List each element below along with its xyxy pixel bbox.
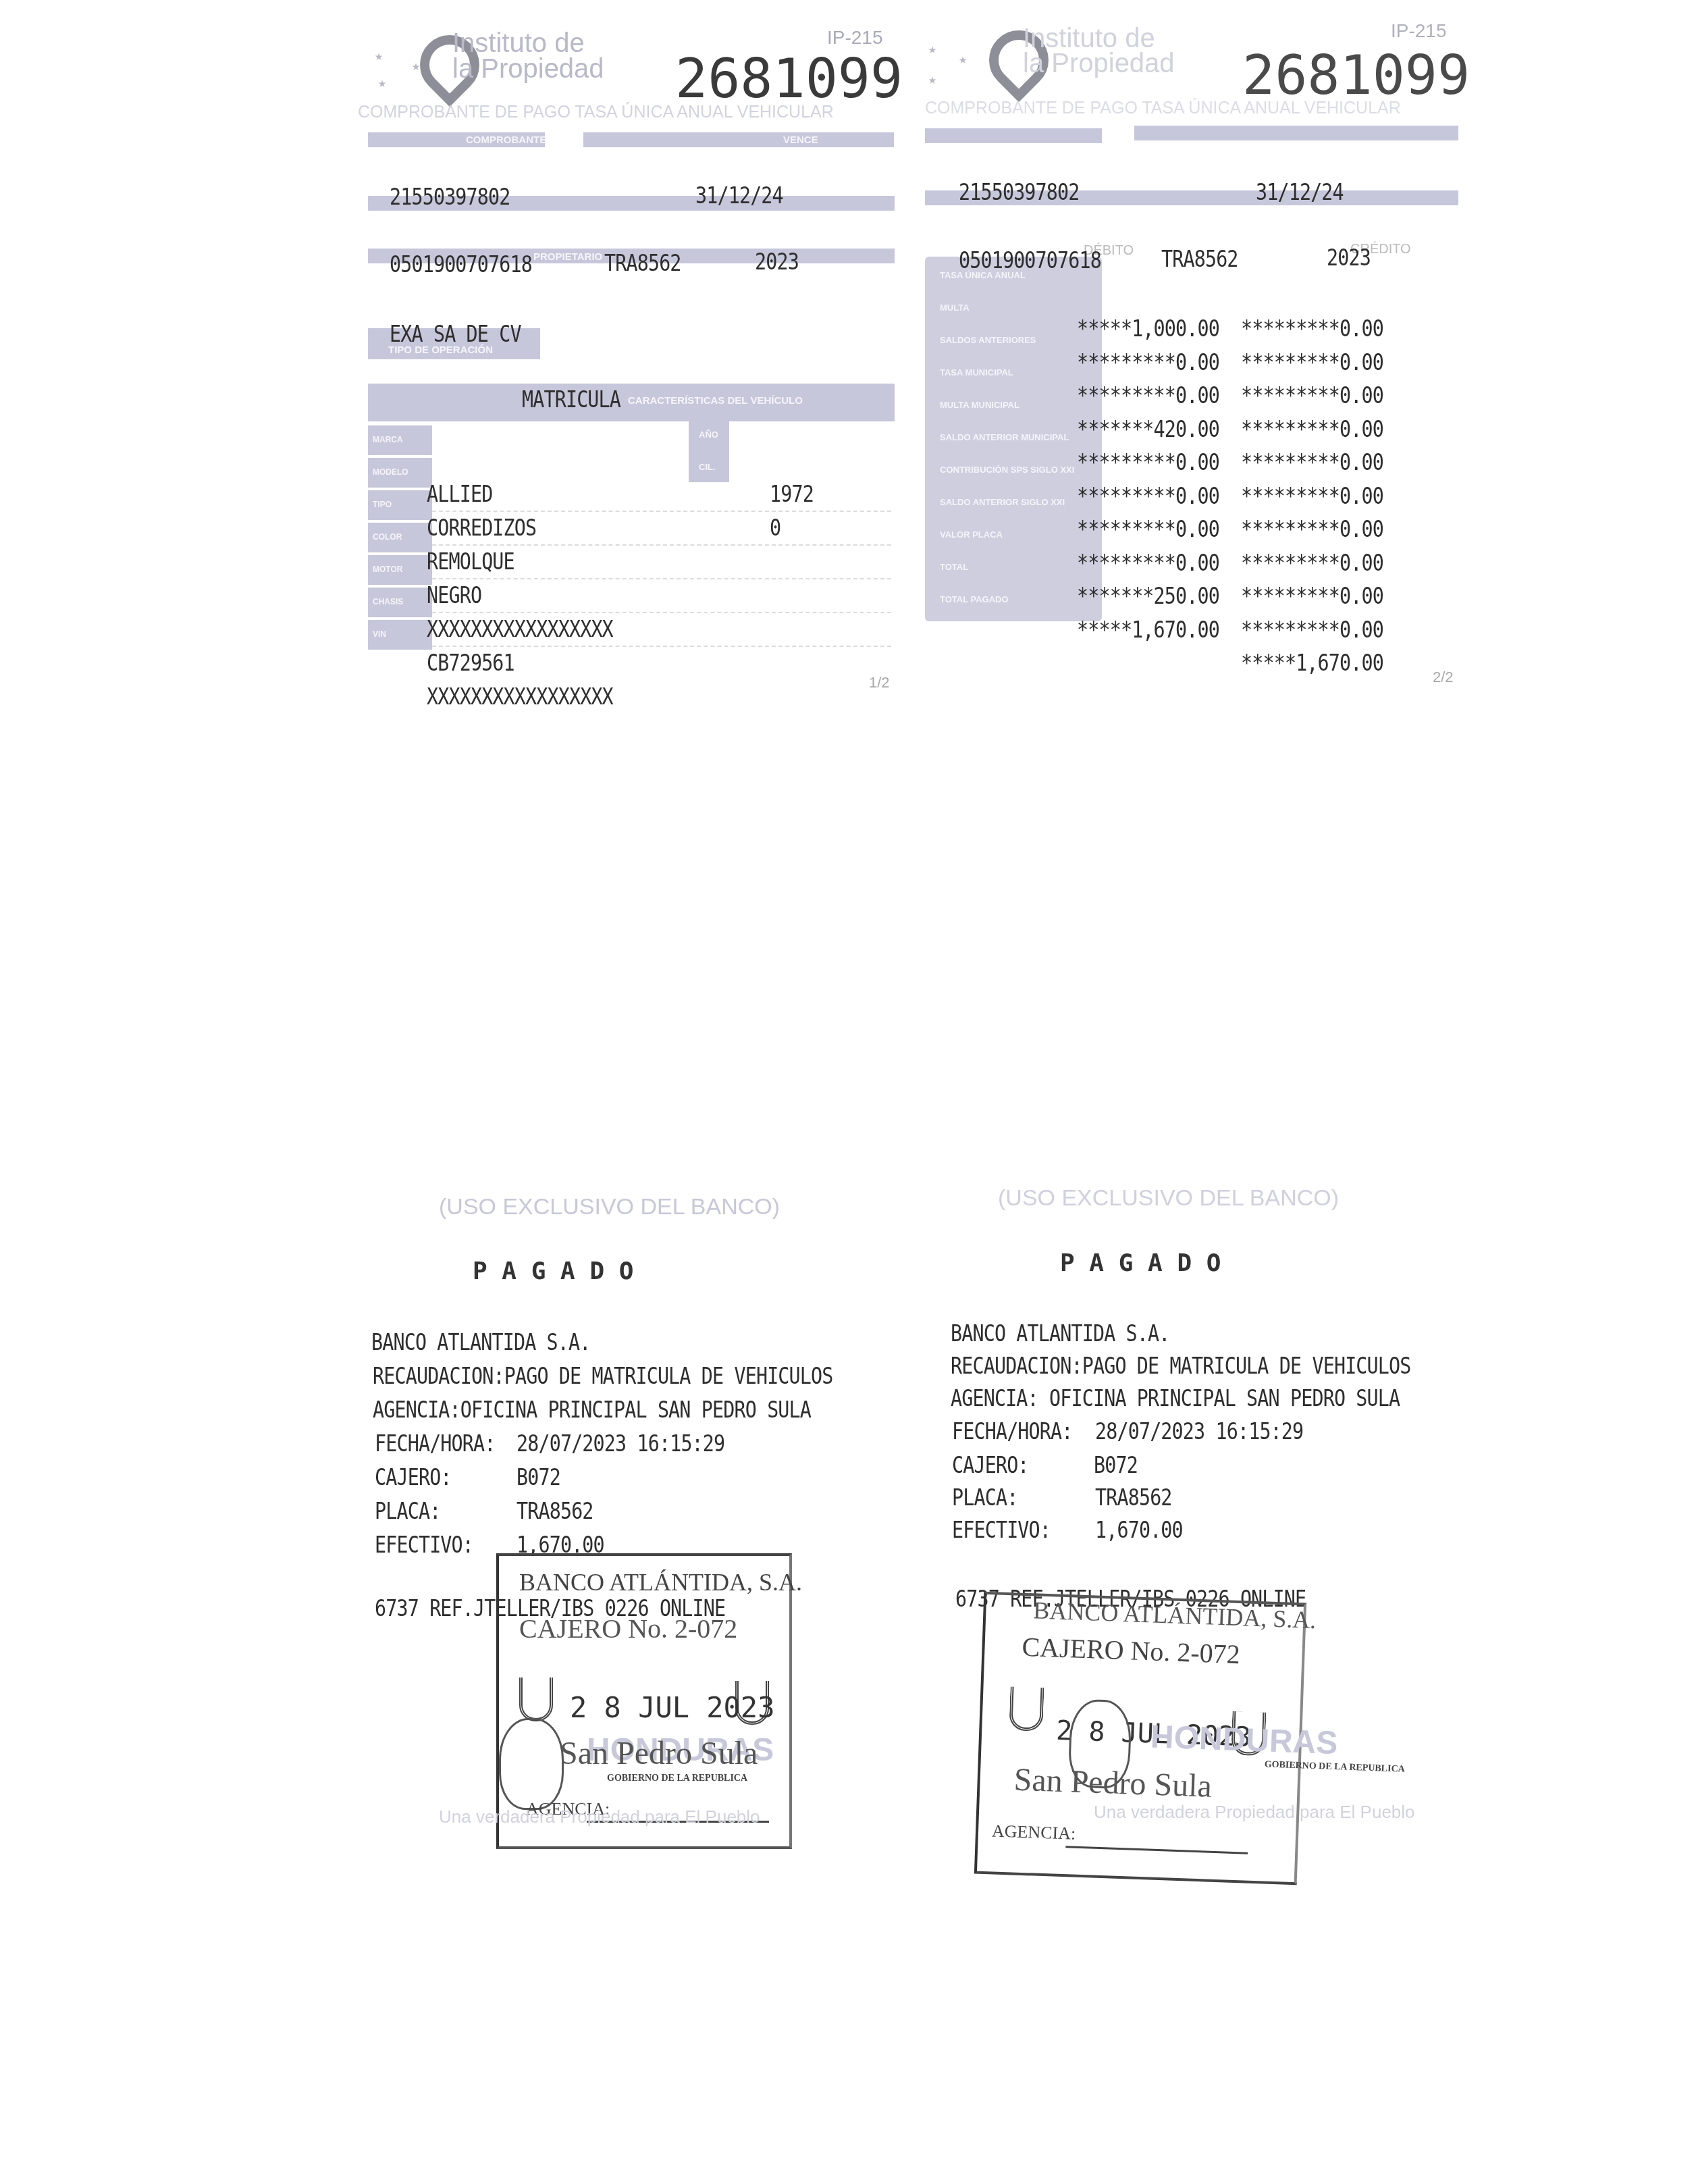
cajero-label: CAJERO: <box>952 1452 1029 1478</box>
star-icon: ★ <box>928 71 936 87</box>
fee-credit: *********0.00 <box>1241 382 1383 409</box>
fee-debit: *********0.00 <box>1077 382 1219 409</box>
vehicle-value: XXXXXXXXXXXXXXXXX <box>427 683 613 710</box>
fee-credit: *********0.00 <box>1241 550 1383 576</box>
comprobante-value: 21550397802 <box>959 179 1079 205</box>
paid-status: P A G A D O <box>1060 1249 1221 1277</box>
fee-credit: *********0.00 <box>1241 449 1383 475</box>
placa-value: TRA8562 <box>516 1498 593 1524</box>
vehicle-cil: 0 <box>770 515 780 541</box>
vehicle-label: CHASIS <box>373 597 403 606</box>
fee-credit: *********0.00 <box>1241 516 1383 542</box>
fee-credit: *********0.00 <box>1241 583 1383 609</box>
owner-id: 0501900707618 <box>390 251 532 278</box>
fee-label: CONTRIBUCIÓN SPS SIGLO XXI <box>940 465 1074 475</box>
fecha-value: 28/07/2023 16:15:29 <box>516 1430 724 1457</box>
fee-label: TOTAL <box>940 562 968 572</box>
efectivo-value: 1,670.00 <box>1095 1517 1183 1543</box>
label-comprobante: COMPROBANTE <box>466 134 546 146</box>
fee-label: MULTA <box>940 303 970 313</box>
fee-label: SALDO ANTERIOR MUNICIPAL <box>940 432 1069 442</box>
vehicle-year: 1972 <box>770 481 814 507</box>
efectivo-label: EFECTIVO: <box>952 1517 1051 1543</box>
owner-name: EXA SA DE CV <box>390 321 521 347</box>
vehicle-label: MOTOR <box>373 565 402 574</box>
placa-label: PLACA: <box>375 1498 440 1524</box>
form-code: IP-215 <box>1391 20 1447 42</box>
label-caracteristicas: CARACTERÍSTICAS DEL VEHÍCULO <box>628 395 803 407</box>
fee-label: TOTAL PAGADO <box>940 594 1009 604</box>
coat-of-arms-icon <box>499 1718 564 1810</box>
placa-value: TRA8562 <box>1161 246 1238 272</box>
fee-credit: *********0.00 <box>1241 315 1383 342</box>
vehicle-value: CORREDIZOS <box>427 515 536 541</box>
vehicle-label: COLOR <box>373 532 402 542</box>
vehicle-label: MODELO <box>373 467 408 477</box>
star-icon: ★ <box>928 41 936 57</box>
gov-label: GOBIERNO DE LA REPUBLICA <box>1264 1759 1405 1775</box>
recaudacion: RECAUDACION:PAGO DE MATRICULA DE VEHICUL… <box>951 1353 1411 1379</box>
fee-credit: *********0.00 <box>1241 416 1383 442</box>
stamp-city: San Pedro Sula <box>1013 1761 1213 1805</box>
label-vence: VENCE <box>783 134 818 146</box>
fee-debit: *********0.00 <box>1077 483 1219 509</box>
fee-debit: *********0.00 <box>1077 550 1219 576</box>
receipt-title: COMPROBANTE DE PAGO TASA ÚNICA ANUAL VEH… <box>358 103 834 122</box>
cajero-value: B072 <box>516 1464 560 1490</box>
vehicle-value: REMOLQUE <box>427 548 514 575</box>
vence-value: 31/12/24 <box>1256 179 1344 205</box>
operation-value: MATRICULA <box>522 386 620 413</box>
page-indicator: 2/2 <box>1433 669 1454 686</box>
star-icon: ★ <box>959 51 967 67</box>
fee-debit: *********0.00 <box>1077 449 1219 475</box>
bank-use-header: (USO EXCLUSIVO DEL BANCO) <box>439 1194 780 1220</box>
bank-stamp: BANCO ATLÁNTIDA, S.A. CAJERO No. 2-072 2… <box>974 1592 1306 1885</box>
cajero-label: CAJERO: <box>375 1464 452 1490</box>
stamp-agencia: AGENCIA: <box>992 1821 1076 1844</box>
stamp-bank: BANCO ATLÁNTIDA, S.A. <box>1033 1596 1317 1634</box>
agencia: AGENCIA:OFICINA PRINCIPAL SAN PEDRO SULA <box>373 1397 811 1423</box>
page-indicator: 1/2 <box>869 674 890 692</box>
gov-label: GOBIERNO DE LA REPUBLICA <box>607 1773 747 1784</box>
fee-label: VALOR PLACA <box>940 529 1003 540</box>
placa-value: TRA8562 <box>1095 1484 1172 1511</box>
fee-credit: *****1,670.00 <box>1241 650 1383 676</box>
bank-name: BANCO ATLANTIDA S.A. <box>371 1329 591 1355</box>
fee-credit: *********0.00 <box>1241 349 1383 375</box>
agencia: AGENCIA: OFICINA PRINCIPAL SAN PEDRO SUL… <box>951 1385 1400 1411</box>
receipt-number: 2681099 <box>1242 44 1470 107</box>
stamp-cajero: CAJERO No. 2-072 <box>1022 1631 1241 1670</box>
vence-value: 31/12/24 <box>695 182 783 209</box>
stamp-cajero: CAJERO No. 2-072 <box>519 1613 737 1644</box>
fee-debit: *****1,670.00 <box>1077 617 1219 643</box>
fee-debit: *****1,000.00 <box>1077 315 1219 342</box>
label-cil: CIL. <box>699 462 716 472</box>
fee-debit: *******250.00 <box>1077 583 1219 609</box>
label-anio: AÑO <box>699 430 718 440</box>
star-icon: ★ <box>412 57 420 74</box>
comprobante-value: 21550397802 <box>390 184 510 210</box>
vehicle-label: TIPO <box>373 500 392 509</box>
fee-label: TASA ÚNICA ANUAL <box>940 270 1026 280</box>
recaudacion: RECAUDACION:PAGO DE MATRICULA DE VEHICUL… <box>373 1363 833 1389</box>
vehicle-value: XXXXXXXXXXXXXXXXX <box>427 616 613 642</box>
fee-debit: *******420.00 <box>1077 416 1219 442</box>
bank-name: BANCO ATLANTIDA S.A. <box>951 1320 1170 1347</box>
stamp-city: San Pedro Sula <box>560 1735 758 1772</box>
anio-pago: 2023 <box>1327 244 1371 271</box>
bank-use-header: (USO EXCLUSIVO DEL BANCO) <box>998 1185 1339 1212</box>
fee-credit: *********0.00 <box>1241 617 1383 643</box>
label-propietario: PROPIETARIO <box>533 251 602 263</box>
fee-label: SALDO ANTERIOR SIGLO XXI <box>940 497 1065 507</box>
honduras-watermark: HONDURAS <box>1150 1719 1338 1763</box>
vehicle-value: NEGRO <box>427 582 481 608</box>
receipt-number: 2681099 <box>675 47 903 110</box>
stamp-bank: BANCO ATLÁNTIDA, S.A. <box>519 1568 802 1596</box>
placa-label: PLACA: <box>952 1484 1017 1511</box>
vehicle-value: CB729561 <box>427 650 514 676</box>
form-code: IP-215 <box>827 27 883 49</box>
fecha-label: FECHA/HORA: <box>952 1418 1072 1445</box>
slogan: Una verdadera Propiedad para El Pueblo <box>439 1806 760 1827</box>
efectivo-label: EFECTIVO: <box>375 1532 473 1558</box>
placa-value: TRA8562 <box>604 250 681 276</box>
fecha-label: FECHA/HORA: <box>375 1430 495 1457</box>
bank-stamp: BANCO ATLÁNTIDA, S.A. CAJERO No. 2-072 2… <box>496 1553 792 1849</box>
fee-label: MULTA MUNICIPAL <box>940 400 1019 410</box>
vehicle-label: VIN <box>373 629 386 639</box>
anio-pago: 2023 <box>755 249 799 275</box>
fecha-value: 28/07/2023 16:15:29 <box>1095 1418 1303 1445</box>
fee-debit: *********0.00 <box>1077 349 1219 375</box>
star-icon: ★ <box>375 47 383 63</box>
receipt-title: COMPROBANTE DE PAGO TASA ÚNICA ANUAL VEH… <box>925 99 1401 118</box>
stamp-date: 2 8 JUL 2023 <box>570 1691 774 1724</box>
paid-status: P A G A D O <box>473 1257 633 1285</box>
slogan: Una verdadera Propiedad para El Pueblo <box>1094 1802 1415 1823</box>
vehicle-value: ALLIED <box>427 481 492 507</box>
fee-credit: *********0.00 <box>1241 483 1383 509</box>
institution-line2: la Propiedad <box>1023 49 1175 79</box>
fee-debit: *********0.00 <box>1077 516 1219 542</box>
fee-label: SALDOS ANTERIORES <box>940 335 1036 345</box>
star-icon: ★ <box>378 74 386 90</box>
institution-line2: la Propiedad <box>452 54 604 84</box>
vehicle-label: MARCA <box>373 435 403 444</box>
cajero-value: B072 <box>1094 1452 1138 1478</box>
fee-label: TASA MUNICIPAL <box>940 367 1013 378</box>
